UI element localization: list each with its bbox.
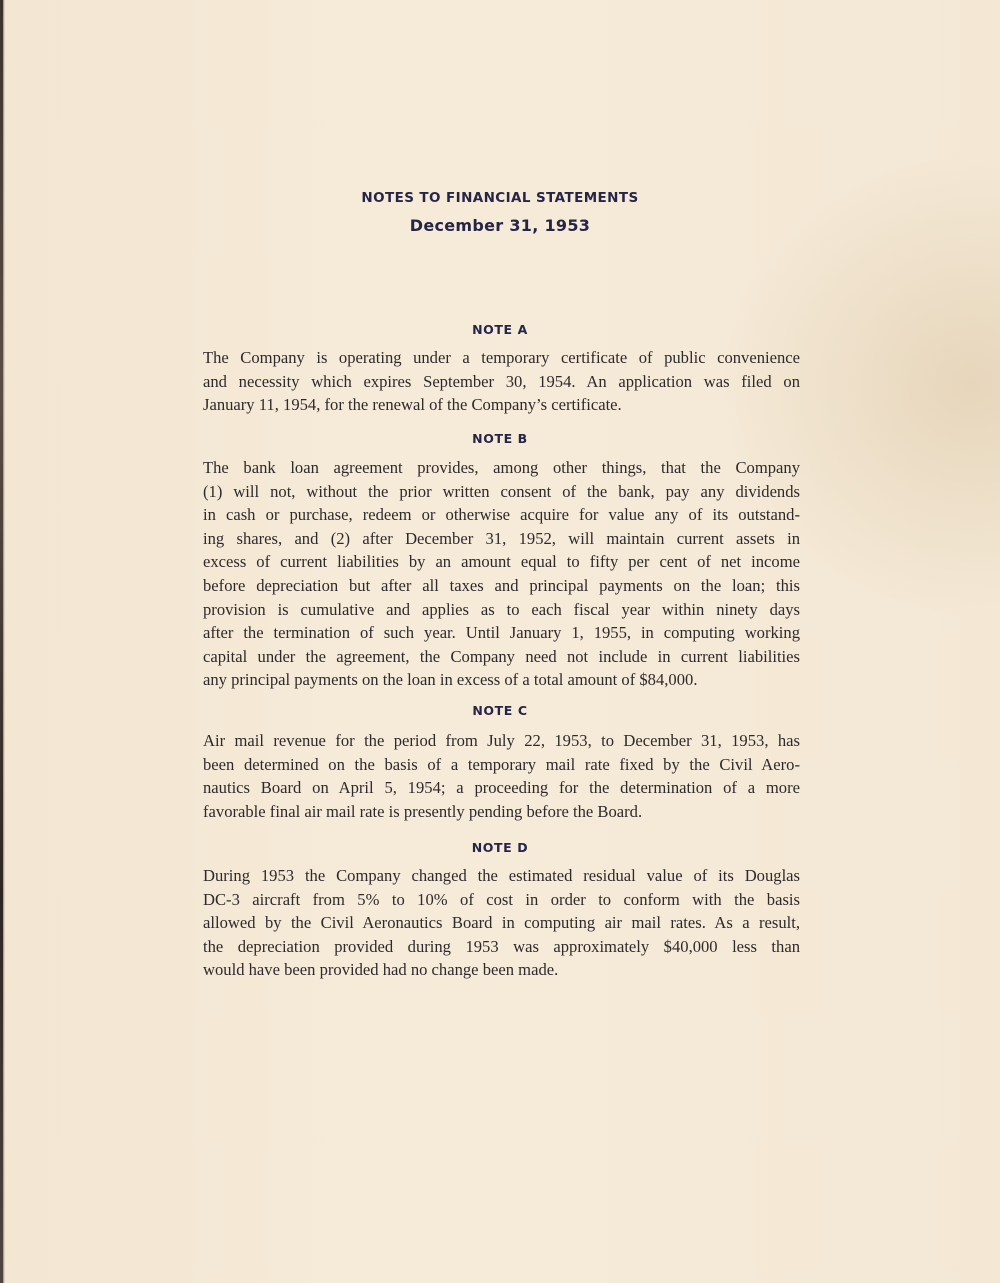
note-d-body: During 1953 the Company changed the esti…	[203, 864, 800, 982]
note-line: Air mail revenue for the period from Jul…	[203, 729, 800, 753]
note-line: The Company is operating under a tempora…	[203, 346, 800, 370]
note-c-body: Air mail revenue for the period from Jul…	[203, 729, 800, 823]
note-line: capital under the agreement, the Company…	[203, 645, 800, 669]
note-line: January 11, 1954, for the renewal of the…	[203, 393, 800, 417]
note-line: any principal payments on the loan in ex…	[203, 668, 800, 692]
document-title: NOTES TO FINANCIAL STATEMENTS	[0, 190, 1000, 206]
note-line: excess of current liabilities by an amou…	[203, 550, 800, 574]
note-line: During 1953 the Company changed the esti…	[203, 864, 800, 888]
note-b-body: The bank loan agreement provides, among …	[203, 456, 800, 692]
note-a-heading: NOTE A	[0, 322, 1000, 337]
note-d-heading: NOTE D	[0, 840, 1000, 855]
document-date: December 31, 1953	[0, 216, 1000, 235]
note-line: and necessity which expires September 30…	[203, 370, 800, 394]
note-line: would have been provided had no change b…	[203, 958, 800, 982]
note-line: The bank loan agreement provides, among …	[203, 456, 800, 480]
note-line: favorable final air mail rate is present…	[203, 800, 800, 824]
note-a-body: The Company is operating under a tempora…	[203, 346, 800, 417]
note-line: the depreciation provided during 1953 wa…	[203, 935, 800, 959]
note-b-heading: NOTE B	[0, 431, 1000, 446]
note-line: nautics Board on April 5, 1954; a procee…	[203, 776, 800, 800]
note-c-heading: NOTE C	[0, 703, 1000, 718]
note-line: before depreciation but after all taxes …	[203, 574, 800, 598]
note-line: in cash or purchase, redeem or otherwise…	[203, 503, 800, 527]
note-line: DC-3 aircraft from 5% to 10% of cost in …	[203, 888, 800, 912]
note-line: been determined on the basis of a tempor…	[203, 753, 800, 777]
note-line: ing shares, and (2) after December 31, 1…	[203, 527, 800, 551]
note-line: (1) will not, without the prior written …	[203, 480, 800, 504]
note-line: after the termination of such year. Unti…	[203, 621, 800, 645]
note-line: allowed by the Civil Aeronautics Board i…	[203, 911, 800, 935]
note-line: provision is cumulative and applies as t…	[203, 598, 800, 622]
document-page: NOTES TO FINANCIAL STATEMENTS December 3…	[0, 0, 1000, 1283]
